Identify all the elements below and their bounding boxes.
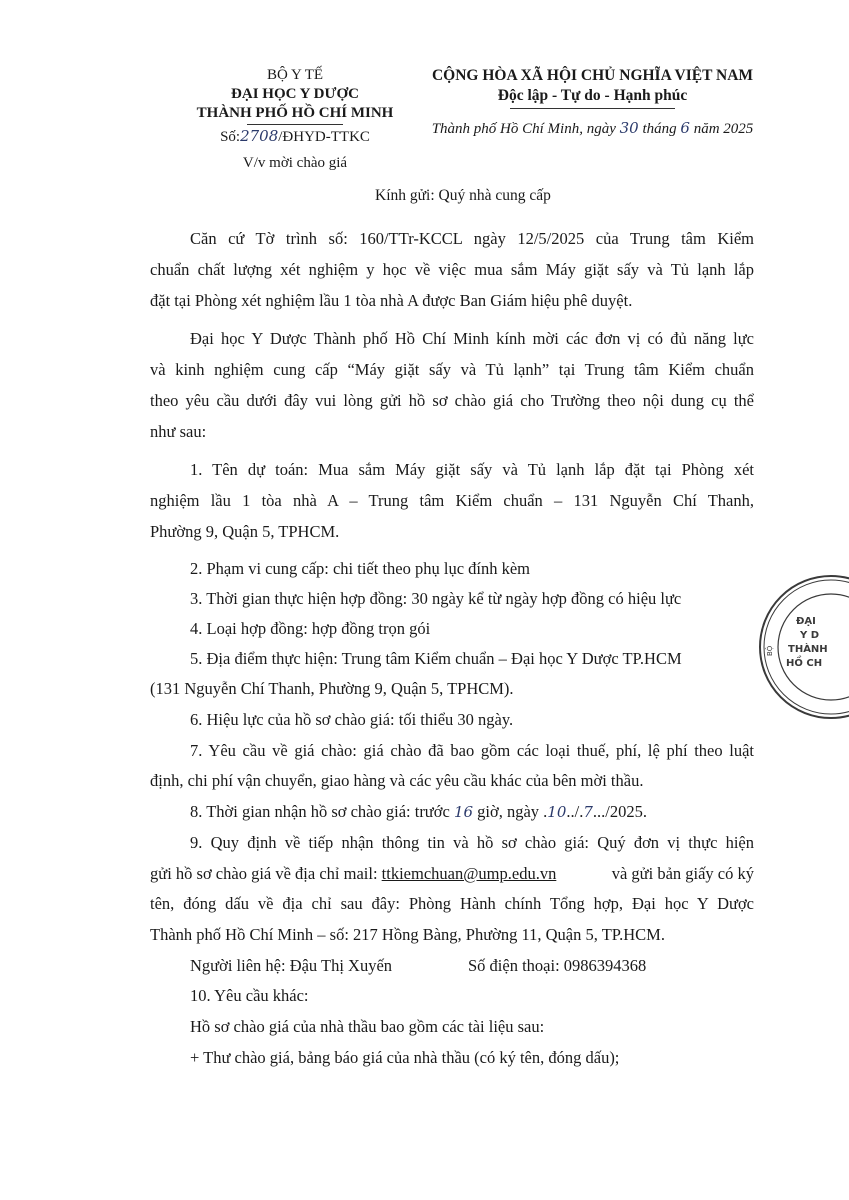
date-month-handwritten: 6: [680, 119, 690, 137]
doc-number-handwritten: 2708: [240, 127, 278, 145]
item-3: 3. Thời gian thực hiện hợp đồng: 30 ngày…: [190, 589, 681, 609]
national-header: CỘNG HÒA XÃ HỘI CHỦ NGHĨA VIỆT NAM Độc l…: [405, 66, 780, 138]
item-8-prefix: 8. Thời gian nhận hồ sơ chào giá: trước: [190, 802, 454, 821]
item-5-line: (131 Nguyễn Chí Thanh, Phường 9, Quận 5,…: [150, 679, 514, 699]
item-1-line: Phường 9, Quận 5, TPHCM.: [150, 522, 339, 542]
svg-text:ĐẠI: ĐẠI: [796, 616, 816, 627]
item-9-line: gửi hồ sơ chào giá về địa chỉ mail: ttki…: [150, 864, 754, 884]
item-9-text: gửi hồ sơ chào giá về địa chỉ mail:: [150, 864, 382, 883]
item-9-line: Thành phố Hồ Chí Minh – số: 217 Hồng Bàn…: [150, 925, 665, 945]
svg-text:THÀNH: THÀNH: [788, 642, 828, 655]
paragraph-line: Đại học Y Dược Thành phố Hồ Chí Minh kín…: [190, 329, 754, 349]
stamp-seal-icon: ĐẠI Y D THÀNH HỒ CH BỘ: [756, 572, 849, 722]
university-name-line2-text: THÀNH PHỐ HỒ CHÍ MINH: [197, 105, 394, 121]
item-7-line: định, chi phí vận chuyển, giao hàng và c…: [150, 771, 643, 791]
official-stamp: ĐẠI Y D THÀNH HỒ CH BỘ: [756, 572, 849, 722]
item-8-mid: giờ, ngày .: [473, 802, 547, 821]
svg-text:BỘ: BỘ: [765, 645, 774, 656]
item-8-sep: ../.: [566, 802, 583, 821]
national-motto-text: Độc lập - Tự do - Hạnh phúc: [498, 87, 687, 104]
date-day-handwritten: 30: [620, 119, 639, 137]
email-link[interactable]: ttkiemchuan@ump.edu.vn: [382, 864, 557, 883]
svg-text:HỒ CH: HỒ CH: [786, 654, 822, 669]
paragraph-line: đặt tại Phòng xét nghiệm lầu 1 tòa nhà A…: [150, 291, 632, 311]
paragraph-line: như sau:: [150, 422, 206, 442]
item-1-line: 1. Tên dự toán: Mua sắm Máy giặt sấy và …: [190, 460, 754, 480]
issuer-header: BỘ Y TẾ ĐẠI HỌC Y DƯỢC THÀNH PHỐ HỒ CHÍ …: [180, 66, 410, 173]
item-7-line: 7. Yêu cầu về giá chào: giá chào đã bao …: [190, 741, 754, 761]
national-motto: Độc lập - Tự do - Hạnh phúc: [498, 86, 687, 106]
document-number: Số:2708/ĐHYD-TTKC: [180, 127, 410, 147]
documents-item: + Thư chào giá, bảng báo giá của nhà thầ…: [190, 1048, 619, 1068]
university-name-line1: ĐẠI HỌC Y DƯỢC: [180, 85, 410, 104]
paragraph-line: chuẩn chất lượng xét nghiệm y học về việ…: [150, 260, 754, 280]
item-9-email-prefix: gửi hồ sơ chào giá về địa chỉ mail: ttki…: [150, 864, 556, 884]
item-8-suffix: .../2025.: [593, 802, 647, 821]
contact-person: Người liên hệ: Đậu Thị Xuyến: [190, 956, 392, 976]
item-4: 4. Loại hợp đồng: hợp đồng trọn gói: [190, 619, 430, 639]
doc-number-prefix: Số:: [220, 129, 240, 145]
deadline-hour-handwritten: 16: [454, 803, 473, 821]
paragraph-line: theo yêu cầu dưới đây vui lòng gửi hồ sơ…: [150, 391, 754, 411]
ministry-name: BỘ Y TẾ: [180, 66, 410, 85]
date-month-label: tháng: [642, 121, 676, 137]
subject-line: V/v mời chào giá: [180, 154, 410, 173]
svg-text:Y D: Y D: [799, 630, 819, 641]
item-5-line: 5. Địa điểm thực hiện: Trung tâm Kiểm ch…: [190, 649, 682, 669]
item-2: 2. Phạm vi cung cấp: chi tiết theo phụ l…: [190, 559, 530, 579]
contact-phone: Số điện thoại: 0986394368: [468, 956, 646, 976]
item-8: 8. Thời gian nhận hồ sơ chào giá: trước …: [190, 802, 647, 822]
item-9-line: 9. Quy định về tiếp nhận thông tin và hồ…: [190, 833, 754, 853]
salutation: Kính gửi: Quý nhà cung cấp: [375, 187, 551, 205]
paragraph-line: Căn cứ Tờ trình số: 160/TTr-KCCL ngày 12…: [190, 229, 754, 249]
paragraph-line: và kinh nghiệm cung cấp “Máy giặt sấy và…: [150, 360, 754, 380]
divider: [510, 108, 675, 109]
item-6: 6. Hiệu lực của hồ sơ chào giá: tối thiể…: [190, 710, 513, 730]
issue-date: Thành phố Hồ Chí Minh, ngày 30 tháng 6 n…: [405, 119, 780, 138]
date-year: năm 2025: [694, 121, 754, 137]
university-name-line2: THÀNH PHỐ HỒ CHÍ MINH: [197, 104, 394, 123]
date-prefix: Thành phố Hồ Chí Minh, ngày: [432, 121, 616, 137]
doc-number-suffix: /ĐHYD-TTKC: [278, 129, 370, 145]
country-name: CỘNG HÒA XÃ HỘI CHỦ NGHĨA VIỆT NAM: [405, 66, 780, 86]
deadline-month-handwritten: 7: [583, 803, 593, 821]
divider: [247, 124, 344, 125]
documents-intro: Hồ sơ chào giá của nhà thầu bao gồm các …: [190, 1017, 544, 1037]
item-1-line: nghiệm lầu 1 tòa nhà A – Trung tâm Kiểm …: [150, 491, 754, 511]
item-9-text: và gửi bản giấy có ký: [612, 864, 754, 884]
deadline-day-handwritten: 10: [547, 803, 566, 821]
item-9-line: tên, đóng dấu về địa chỉ sau đây: Phòng …: [150, 894, 754, 914]
item-10: 10. Yêu cầu khác:: [190, 986, 309, 1006]
